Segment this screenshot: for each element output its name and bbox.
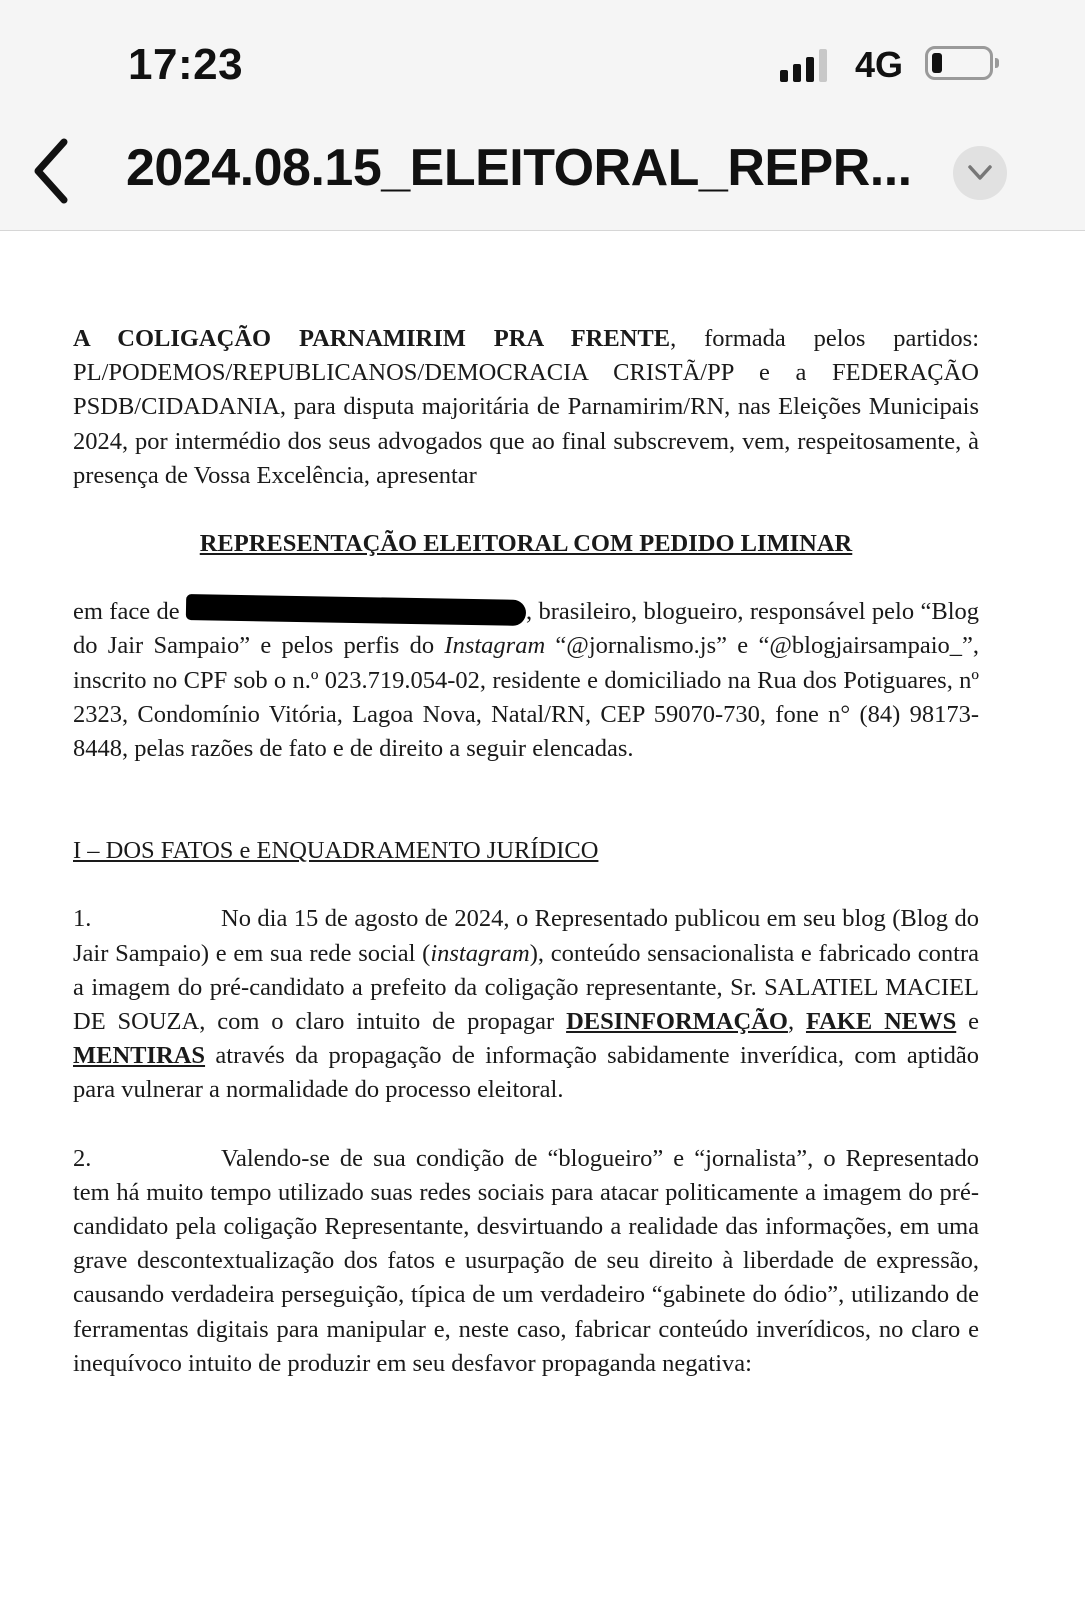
top-bar: 17:23 4G 2024.08.15_ELEITORAL_REPR... [0,0,1085,231]
chevron-left-icon [30,136,80,206]
battery-icon [925,46,993,80]
emphasis-disinformation: DESINFORMAÇÃO [566,1008,788,1035]
network-type: 4G [855,44,903,86]
coalition-name: A COLIGAÇÃO PARNAMIRIM PRA FRENTE [73,325,670,352]
party-paragraph: em face de , brasileiro, blogueiro, resp… [73,595,979,766]
redacted-name [186,594,526,626]
chevron-down-icon [968,164,992,182]
paragraph-2: 2.Valendo-se de sua condição de “bloguei… [73,1142,979,1381]
back-button[interactable] [30,136,80,206]
section-heading: I – DOS FATOS e ENQUADRAMENTO JURÍDICO [73,834,979,868]
emphasis-fake-news: FAKE NEWS [806,1008,956,1035]
document-title: 2024.08.15_ELEITORAL_REPR... [126,138,912,198]
paragraph-number: 2. [73,1142,221,1176]
document-heading: REPRESENTAÇÃO ELEITORAL COM PEDIDO LIMIN… [73,527,979,561]
intro-paragraph: A COLIGAÇÃO PARNAMIRIM PRA FRENTE, forma… [73,322,979,493]
status-time: 17:23 [128,40,243,90]
paragraph-number: 1. [73,902,221,936]
paragraph-1: 1.No dia 15 de agosto de 2024, o Represe… [73,902,979,1107]
signal-strength-icon [780,48,830,82]
document-page: A COLIGAÇÃO PARNAMIRIM PRA FRENTE, forma… [73,322,979,1381]
emphasis-lies: MENTIRAS [73,1042,205,1069]
title-menu-button[interactable] [953,146,1007,200]
